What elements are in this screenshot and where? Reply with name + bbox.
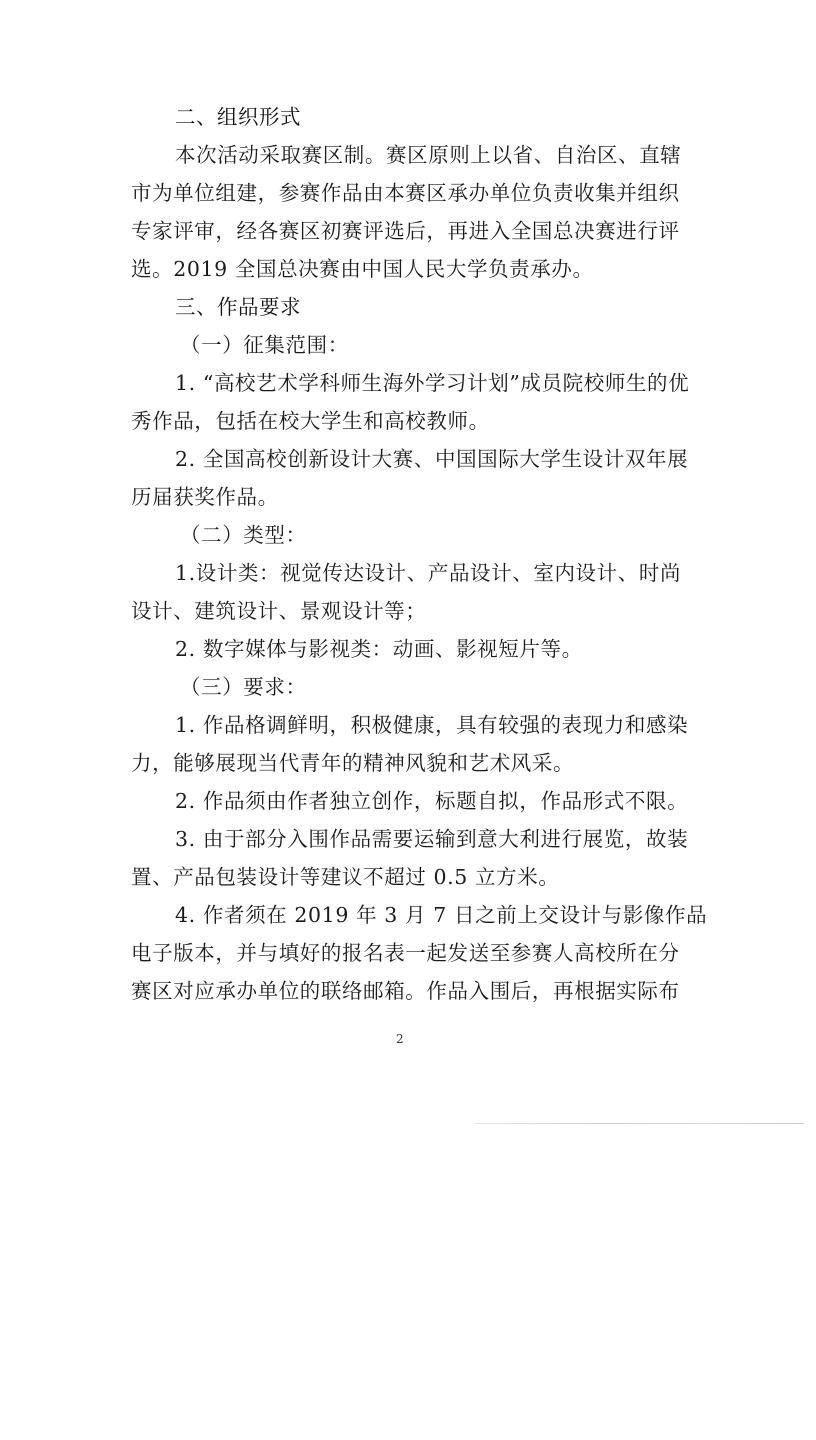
document-page: 二、组织形式 本次活动采取赛区制。赛区原则上以省、自治区、直辖 市为单位组建，参… [0, 0, 816, 1440]
list-item-line: 1. 作品格调鲜明，积极健康，具有较强的表现力和感染 [175, 713, 679, 737]
paragraph-line: 市为单位组建，参赛作品由本赛区承办单位负责收集并组织 [131, 181, 679, 205]
list-item-line: 力，能够展现当代青年的精神风貌和艺术风采。 [131, 751, 679, 775]
list-item-line: 4. 作者须在 2019 年 3 月 7 日之前上交设计与影像作品 [175, 903, 679, 927]
list-item-line: 1.设计类：视觉传达设计、产品设计、室内设计、时尚 [175, 561, 679, 585]
list-item-line: 3. 由于部分入围作品需要运输到意大利进行展览，故装 [175, 827, 679, 851]
page-number: 2 [396, 1032, 404, 1046]
paragraph-line: 专家评审，经各赛区初赛评选后，再进入全国总决赛进行评 [131, 219, 679, 243]
list-item-line: 设计、建筑设计、景观设计等； [131, 599, 679, 623]
list-item-line: 1. “高校艺术学科师生海外学习计划”成员院校师生的优 [175, 371, 679, 395]
scan-artifact-divider [474, 1123, 804, 1124]
list-item-line: 秀作品，包括在校大学生和高校教师。 [131, 409, 679, 433]
subsection-title-requirements: （三）要求： [180, 675, 728, 699]
section-heading-organization: 二、组织形式 [175, 105, 301, 129]
list-item-line: 历届获奖作品。 [131, 485, 679, 509]
paragraph-line: 本次活动采取赛区制。赛区原则上以省、自治区、直辖 [175, 143, 679, 167]
list-item-line: 置、产品包装设计等建议不超过 0.5 立方米。 [131, 865, 679, 889]
list-item-line: 2. 全国高校创新设计大赛、中国国际大学生设计双年展 [175, 447, 679, 471]
section-heading-requirements: 三、作品要求 [175, 295, 301, 319]
list-item-line: 2. 数字媒体与影视类：动画、影视短片等。 [175, 637, 679, 661]
list-item-line: 赛区对应承办单位的联络邮箱。作品入围后，再根据实际布 [131, 979, 679, 1003]
paragraph-line: 选。2019 全国总决赛由中国人民大学负责承办。 [131, 257, 679, 281]
list-item-line: 电子版本，并与填好的报名表一起发送至参赛人高校所在分 [131, 941, 679, 965]
subsection-title-types: （二）类型： [180, 523, 728, 547]
list-item-line: 2. 作品须由作者独立创作，标题自拟，作品形式不限。 [175, 789, 679, 813]
subsection-title-scope: （一）征集范围： [180, 333, 728, 357]
